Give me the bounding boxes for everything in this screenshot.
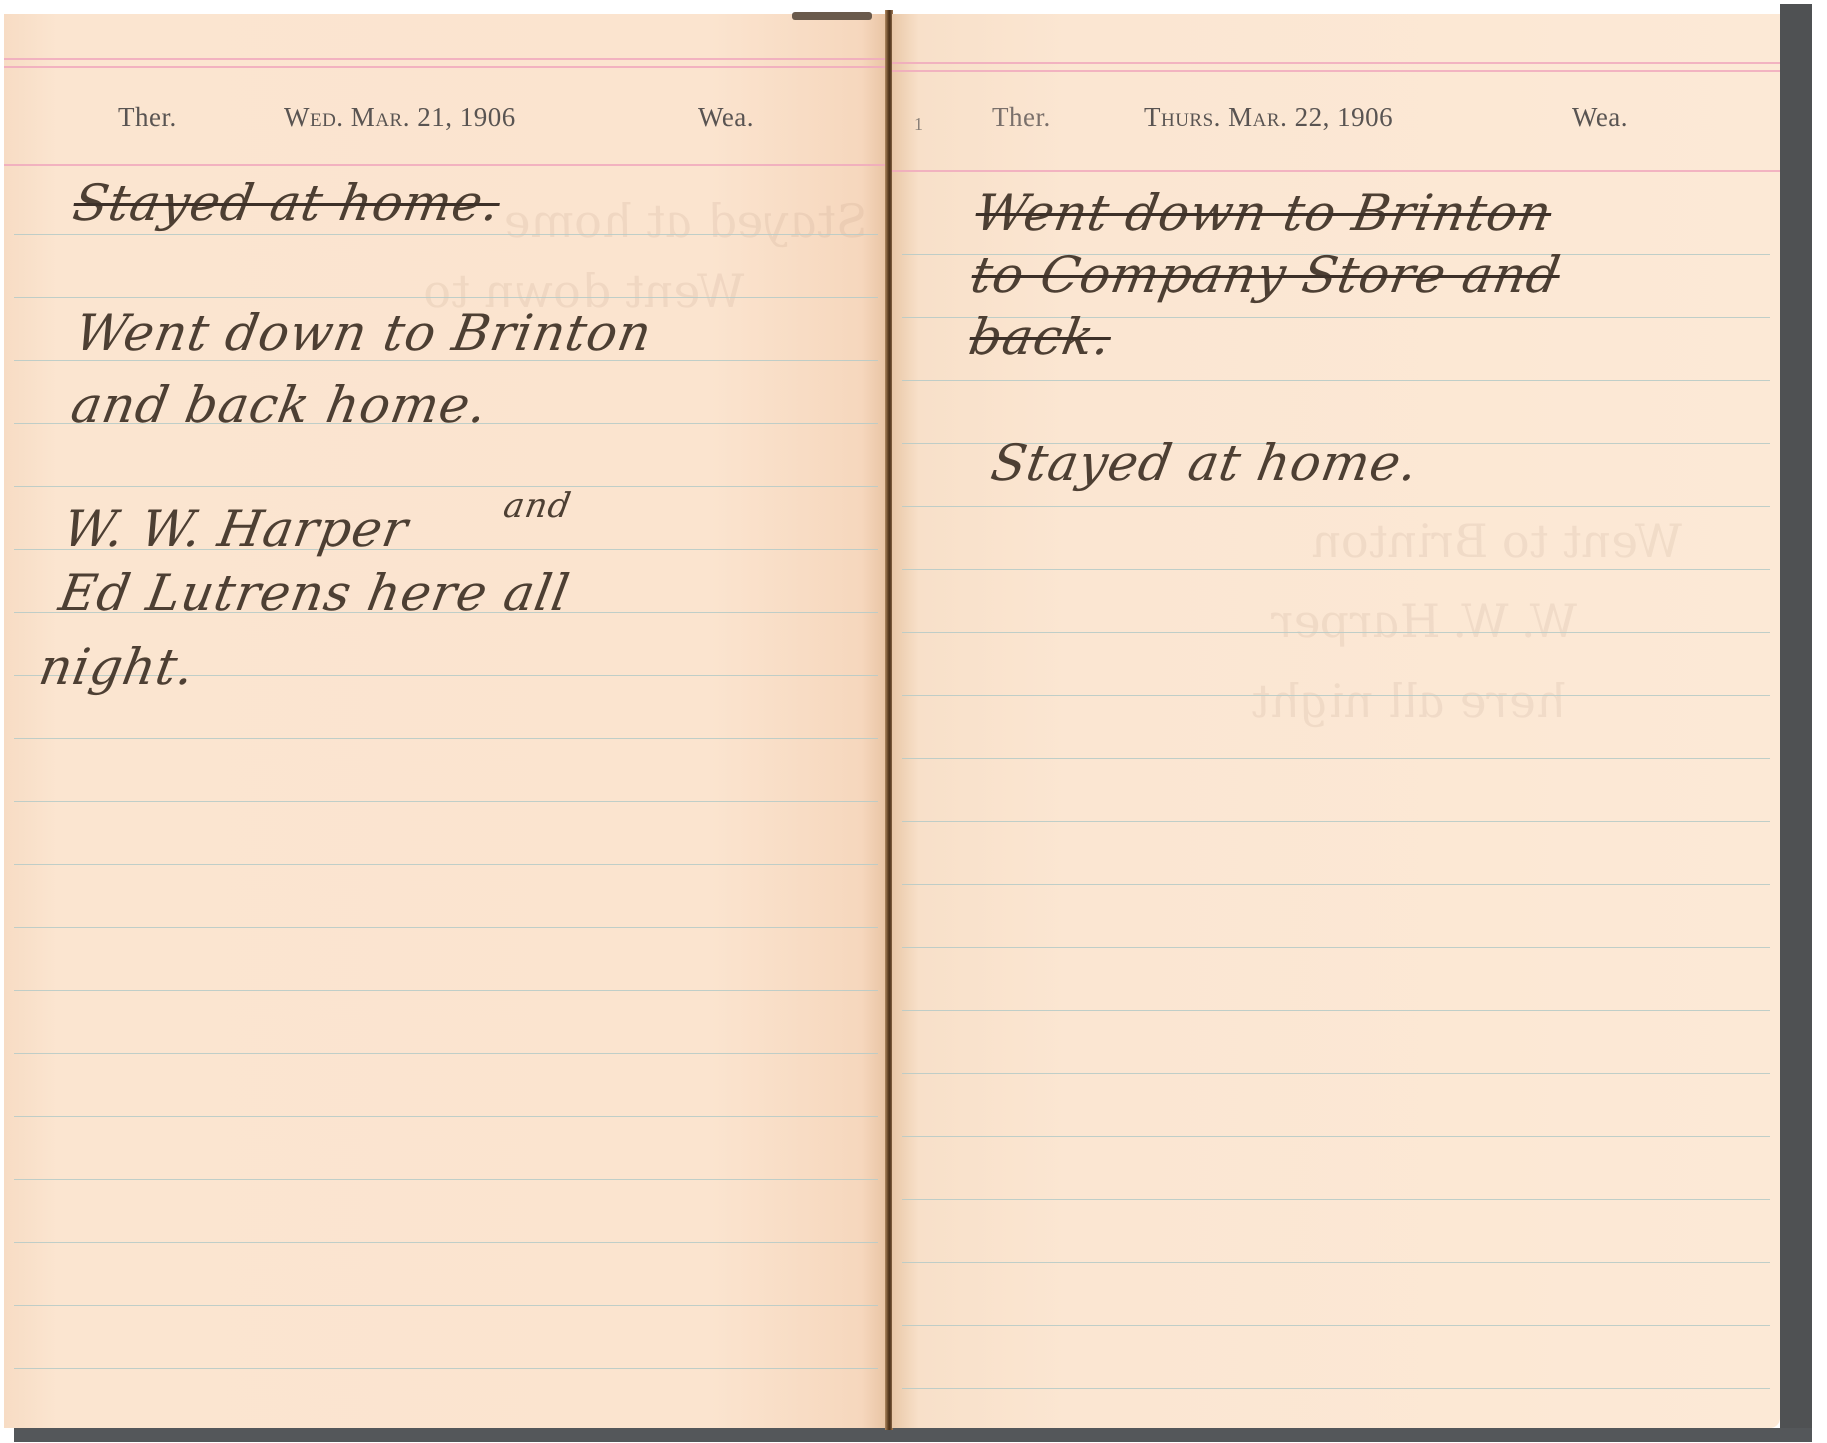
ruled-line (14, 486, 878, 487)
handwritten-entry: W. W. Harper (59, 500, 413, 558)
page-header: Ther. Wed. Mar. 21, 1906 Wea. (4, 102, 888, 142)
handwritten-entry-struck: back. (965, 308, 1116, 366)
ruled-line (902, 758, 1770, 759)
bleed-through: W. W. Harper (1267, 594, 1582, 648)
ruled-line (902, 884, 1770, 885)
ruled-line (14, 801, 878, 802)
spine-tab (792, 12, 872, 20)
weather-label: Wea. (698, 102, 754, 133)
date-heading: Wed. Mar. 21, 1906 (284, 102, 516, 133)
ruled-line (902, 1010, 1770, 1011)
pink-rule (892, 62, 1780, 64)
handwritten-entry: night. (35, 638, 200, 696)
ruled-line (14, 297, 878, 298)
handwritten-entry-struck: Stayed at home. (69, 174, 505, 232)
left-page: Ther. Wed. Mar. 21, 1906 Wea. Stayed at … (4, 14, 888, 1428)
ruled-line (14, 234, 878, 235)
pink-rule (892, 70, 1780, 72)
weather-label: Wea. (1572, 102, 1628, 133)
handwritten-entry: Went down to Brinton (71, 304, 657, 362)
ruled-line (902, 1388, 1770, 1389)
ruled-line (902, 1136, 1770, 1137)
bleed-through: here all night (1247, 674, 1571, 728)
right-page: 1 Ther. Thurs. Mar. 22, 1906 Wea. Went t… (892, 14, 1780, 1428)
ruled-line (902, 1262, 1770, 1263)
ruled-line (14, 1053, 878, 1054)
handwritten-entry: Stayed at home. (987, 434, 1423, 492)
ruled-line (14, 1116, 878, 1117)
ruled-line (902, 569, 1770, 570)
ruled-line (14, 927, 878, 928)
ruled-line (902, 1073, 1770, 1074)
ruled-line (14, 1242, 878, 1243)
ruled-line (902, 1325, 1770, 1326)
ruled-line (902, 506, 1770, 507)
ruled-line (902, 380, 1770, 381)
ruled-line (14, 864, 878, 865)
cover-edge-right (1780, 4, 1812, 1434)
handwritten-entry-struck: to Company Store and (967, 246, 1565, 304)
pink-rule (4, 58, 888, 60)
ruled-line (14, 1305, 878, 1306)
ruled-line (902, 695, 1770, 696)
ruled-line (902, 1199, 1770, 1200)
date-heading: Thurs. Mar. 22, 1906 (1144, 102, 1393, 133)
handwritten-entry-struck: Went down to Brinton (971, 184, 1557, 242)
handwritten-entry: and back home. (67, 376, 492, 434)
bleed-through: Went to Brinton (1307, 514, 1687, 568)
ruled-line (902, 821, 1770, 822)
pink-rule (4, 164, 888, 166)
handwritten-entry: Ed Lutrens here all (55, 564, 574, 622)
ruled-line (902, 947, 1770, 948)
ruled-line (14, 1179, 878, 1180)
cover-edge-bottom (14, 1428, 1812, 1442)
ruled-line (14, 738, 878, 739)
pink-rule (4, 66, 888, 68)
page-header: Ther. Thurs. Mar. 22, 1906 Wea. (892, 102, 1780, 142)
pink-rule (892, 170, 1780, 172)
ruled-line (902, 632, 1770, 633)
ruled-line (14, 1368, 878, 1369)
thermometer-label: Ther. (118, 102, 177, 133)
diary-scan: Ther. Wed. Mar. 21, 1906 Wea. Stayed at … (0, 0, 1827, 1443)
bleed-through: Stayed at home (499, 194, 872, 248)
handwritten-entry: and (500, 486, 574, 526)
ruled-line (14, 990, 878, 991)
thermometer-label: Ther. (992, 102, 1051, 133)
